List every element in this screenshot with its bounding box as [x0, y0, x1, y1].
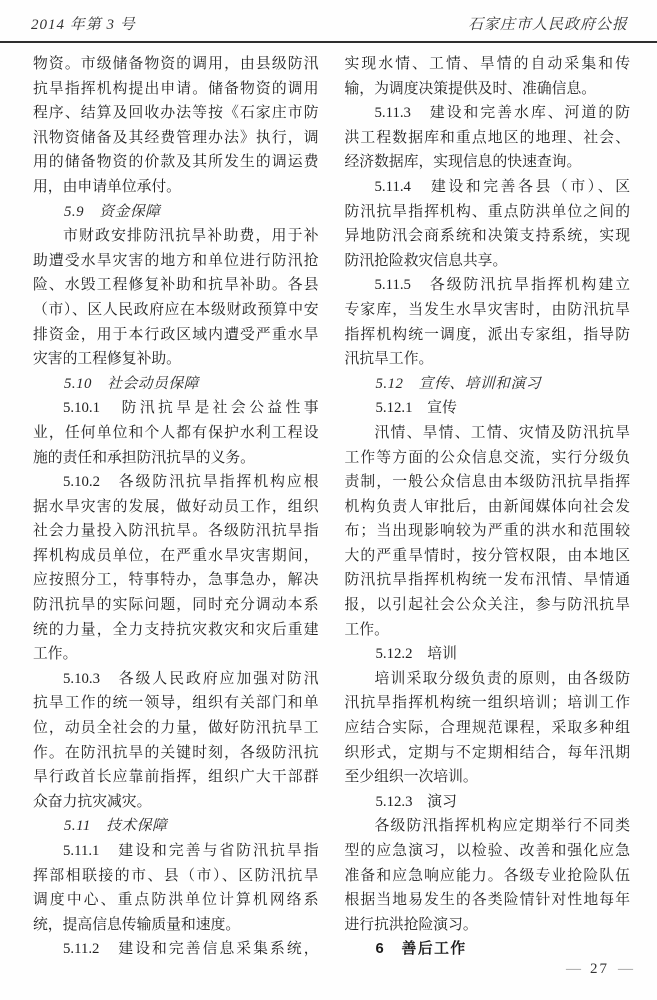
text-line: 5.11.2 建设和完善信息采集系统， [33, 937, 319, 962]
text-line: 5.11.5 各级防汛抗旱指挥机构建立 [345, 273, 631, 298]
page-header: 2014 年第 3 号 石家庄市人民政府公报 [0, 0, 657, 43]
text-line: 统的力量，全力支持抗灾救灾和灾后重建 [33, 618, 319, 643]
text-line: 挥机构成员单位，在严重水旱灾害期间， [33, 544, 319, 569]
text-line: 挥部相联接的市、县（市）、区防汛抗旱 [33, 864, 319, 889]
text-line: 输，为调度决策提供及时、准确信息。 [345, 77, 631, 102]
text-line: 5.11.4 建设和完善各县（市）、区 [345, 175, 631, 200]
text-line: 汛抗旱工作。 [345, 347, 631, 372]
text-line: 根据当地易发生的各类险情针对性地每年 [345, 888, 631, 913]
header-publication-title: 石家庄市人民政府公报 [468, 13, 628, 34]
text-line: 5.10.2 各级防汛抗旱指挥机构应根 [33, 470, 319, 495]
text-line: 防汛抗旱指挥机构统一发布汛情、旱情通 [345, 568, 631, 593]
text-line: 防汛抗旱的实际问题，同时充分调动本系 [33, 593, 319, 618]
text-line: 洪工程数据库和重点地区的地理、社会、 [345, 126, 631, 151]
gazette-page: 2014 年第 3 号 石家庄市人民政府公报 物资。市级储备物资的调用，由县级防… [0, 0, 657, 1000]
footer-dash-right: — [618, 961, 633, 978]
text-line: 据水旱灾害的发展，做好动员工作，组织 [33, 495, 319, 520]
text-line: 工作。 [345, 618, 631, 643]
text-line: 调度中心、重点防洪单位计算机网络系 [33, 888, 319, 913]
text-line: 异地防汛会商系统和决策支持系统，实现 [345, 224, 631, 249]
text-line: 抗旱指挥机构提出申请。储备物资的调用 [33, 77, 319, 102]
text-line: 指挥机构统一调度，派出专家组，指导防 [345, 323, 631, 348]
text-line: 5.12.2 培训 [345, 642, 631, 667]
text-line: 施的责任和承担防汛抗旱的义务。 [33, 446, 319, 471]
text-line: 用，由申请单位承付。 [33, 175, 319, 200]
text-line: 5.11 技术保障 [33, 814, 319, 839]
document-body: 物资。市级储备物资的调用，由县级防汛抗旱指挥机构提出申请。储备物资的调用程序、结… [0, 43, 657, 962]
page-footer: — 27 — [566, 961, 633, 978]
text-line: 织形式，定期与不定期相结合，每年汛期 [345, 741, 631, 766]
page-number: 27 [590, 961, 609, 978]
text-line: 报，以引起社会公众关注，参与防汛抗旱 [345, 593, 631, 618]
text-line: 程序、结算及回收办法等按《石家庄市防 [33, 101, 319, 126]
text-line: 灾害的工程修复补助。 [33, 347, 319, 372]
text-line: 5.12.1 宣传 [345, 396, 631, 421]
text-line: 型的应急演习，以检验、改善和强化应急 [345, 839, 631, 864]
text-line: 位，动员全社会的力量，做好防汛抗旱工 [33, 716, 319, 741]
text-line: 市财政安排防汛抗旱补助费，用于补 [33, 224, 319, 249]
text-line: 5.12 宣传、培训和演习 [345, 372, 631, 397]
text-line: 统，提高信息传输质量和速度。 [33, 913, 319, 938]
text-line: 防汛抢险救灾信息共享。 [345, 249, 631, 274]
text-line: 至少组织一次培训。 [345, 765, 631, 790]
text-line: 5.11.3 建设和完善水库、河道的防 [345, 101, 631, 126]
text-line: 险、水毁工程修复补助和抗旱补助。各县 [33, 273, 319, 298]
text-line: 经济数据库，实现信息的快速查询。 [345, 150, 631, 175]
text-line: 专家库，当发生水旱灾害时，由防汛抗旱 [345, 298, 631, 323]
text-line: 工作等方面的公众信息交流，实行分级负 [345, 446, 631, 471]
text-line: 物资。市级储备物资的调用，由县级防汛 [33, 52, 319, 77]
text-line: （市）、区人民政府应在本级财政预算中安 [33, 298, 319, 323]
footer-dash-left: — [566, 961, 581, 978]
text-line: 用的储备物资的价款及其所发生的调运费 [33, 150, 319, 175]
text-line: 业，任何单位和个人都有保护水利工程设 [33, 421, 319, 446]
text-column-left: 物资。市级储备物资的调用，由县级防汛抗旱指挥机构提出申请。储备物资的调用程序、结… [33, 52, 319, 962]
text-line: 5.12.3 演习 [345, 790, 631, 815]
text-line: 进行抗洪抢险演习。 [345, 913, 631, 938]
text-line: 5.11.1 建设和完善与省防汛抗旱指 [33, 839, 319, 864]
text-line: 抗旱工作的统一领导，组织有关部门和单 [33, 691, 319, 716]
text-line: 布；当出现影响较为严重的洪水和范围较 [345, 519, 631, 544]
text-line: 助遭受水旱灾害的地方和单位进行防汛抢 [33, 249, 319, 274]
text-line: 汛抗旱指挥机构统一组织培训；培训工作 [345, 691, 631, 716]
text-line: 防汛抗旱指挥机构、重点防洪单位之间的 [345, 200, 631, 225]
text-line: 汛情、旱情、工情、灾情及防汛抗旱 [345, 421, 631, 446]
text-line: 实现水情、工情、旱情的自动采集和传 [345, 52, 631, 77]
text-line: 责制，一般公众信息由本级防汛抗旱指挥 [345, 470, 631, 495]
text-line: 5.10.1 防汛抗旱是社会公益性事 [33, 396, 319, 421]
text-line: 准备和应急响应能力。各级专业抢险队伍 [345, 864, 631, 889]
text-line: 5.10 社会动员保障 [33, 372, 319, 397]
text-line: 工作。 [33, 642, 319, 667]
text-line: 众奋力抗灾减灾。 [33, 790, 319, 815]
text-line: 排资金，用于本行政区域内遭受严重水旱 [33, 323, 319, 348]
text-line: 6 善后工作 [345, 937, 631, 962]
text-column-right: 实现水情、工情、旱情的自动采集和传输，为调度决策提供及时、准确信息。5.11.3… [345, 52, 631, 962]
text-line: 汛物资储备及其经费管理办法》执行，调 [33, 126, 319, 151]
text-line: 各级防汛指挥机构应定期举行不同类 [345, 814, 631, 839]
text-line: 5.10.3 各级人民政府应加强对防汛 [33, 667, 319, 692]
text-line: 应按照分工，特事特办，急事急办，解决 [33, 568, 319, 593]
text-line: 作。在防汛抗旱的关键时刻，各级防汛抗 [33, 741, 319, 766]
header-issue-number: 2014 年第 3 号 [31, 13, 136, 34]
text-line: 社会力量投入防汛抗旱。各级防汛抗旱指 [33, 519, 319, 544]
text-line: 机构负责人审批后，由新闻媒体向社会发 [345, 495, 631, 520]
text-line: 大的严重旱情时，按分管权限，由本地区 [345, 544, 631, 569]
text-line: 5.9 资金保障 [33, 200, 319, 225]
text-line: 培训采取分级负责的原则，由各级防 [345, 667, 631, 692]
text-line: 旱行政首长应靠前指挥，组织广大干部群 [33, 765, 319, 790]
text-line: 应结合实际，合理规范课程，采取多种组 [345, 716, 631, 741]
